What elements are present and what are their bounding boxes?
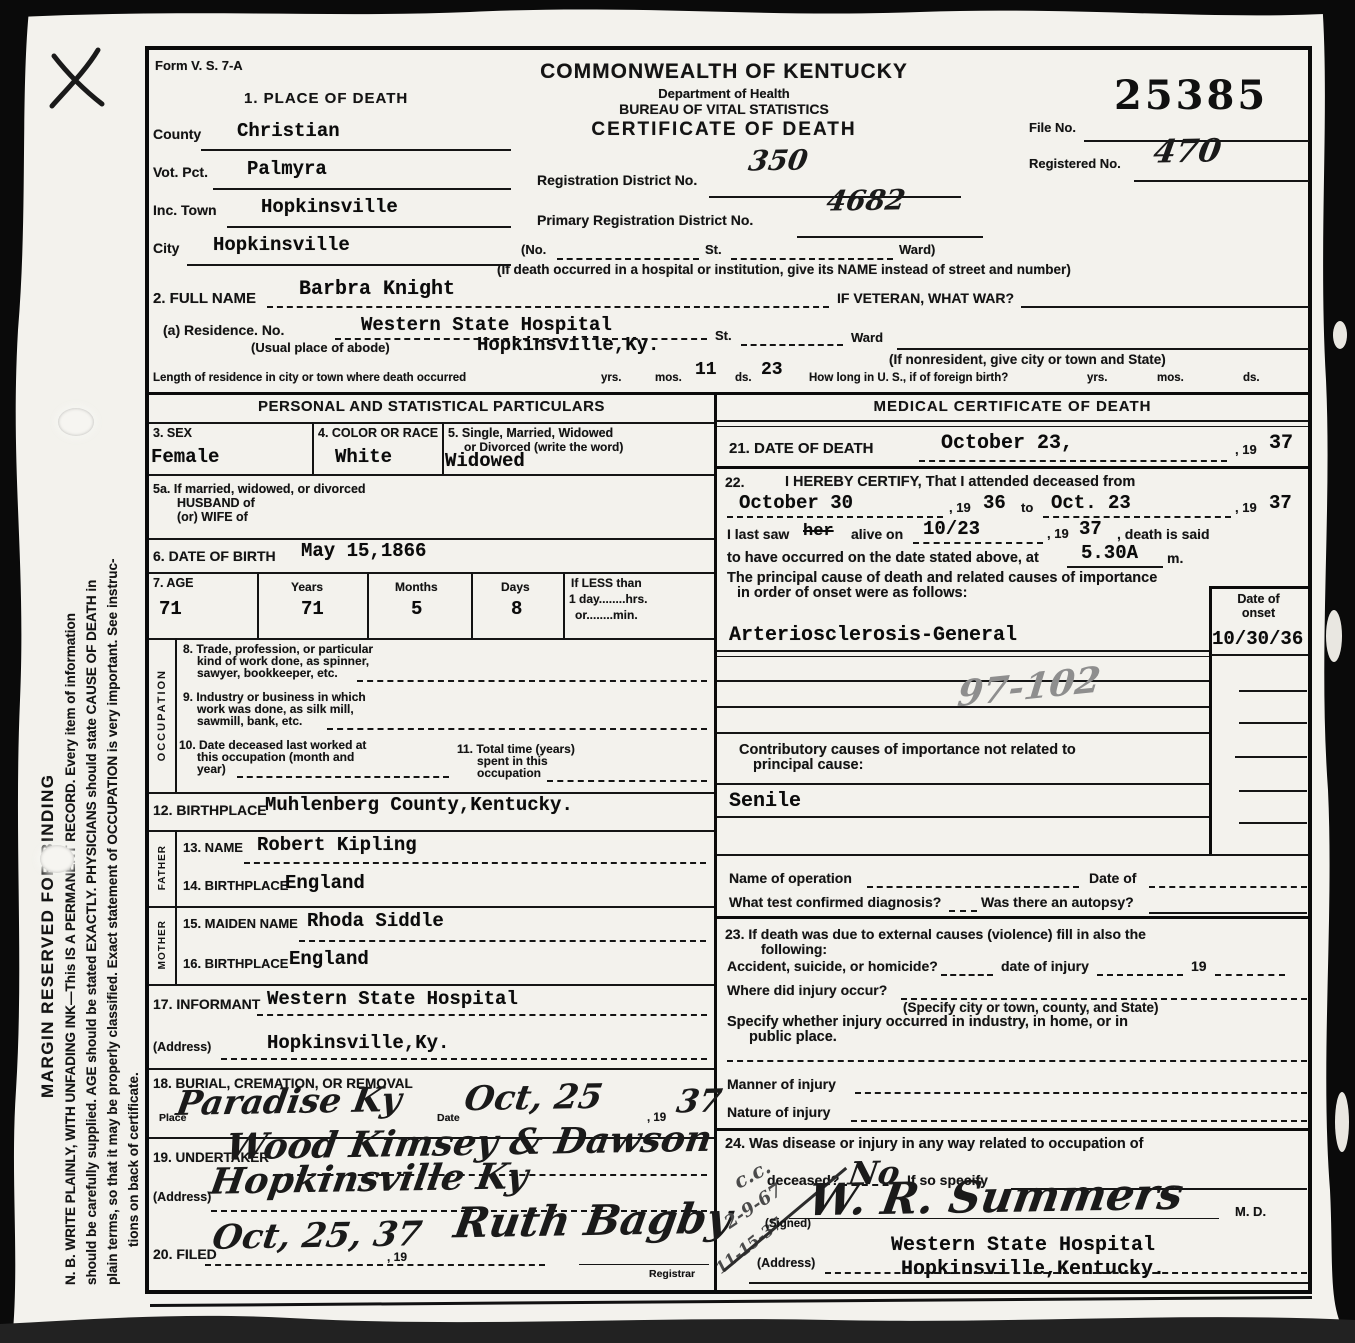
from-year-value: 36 [983,492,1006,514]
bureau-subtitle: BUREAU OF VITAL STATISTICS [474,101,974,117]
yrs-label: yrs. [601,372,621,384]
registered-no-value: 470 [1151,131,1224,170]
full-name-value: Barbra Knight [299,278,455,301]
rule [727,1060,1307,1062]
rule [1239,690,1307,692]
rule [327,728,707,730]
rule [335,338,707,340]
voting-precinct-value: Palmyra [247,158,327,180]
informant-value: Western State Hospital [267,988,518,1010]
rule [557,258,699,260]
department-subtitle: Department of Health [474,86,974,101]
rule [227,226,511,228]
rule [1043,516,1231,518]
months-value: 5 [411,598,422,620]
inc-town-label: Inc. Town [153,202,217,218]
rule [357,680,707,682]
rule [1097,974,1183,976]
rule [1209,586,1308,589]
father-name-label: 13. NAME [183,840,243,855]
registrar-signature: Ruth Bagby [451,1194,735,1248]
rule [149,830,714,832]
external-causes-label1: 23. If death was due to external causes … [725,926,1146,942]
us-length-label: How long in U. S., if of foreign birth? [809,372,1008,384]
husband-wife-label1: 5a. If married, widowed, or divorced [153,482,366,496]
informant-address-value: Hopkinsville,Ky. [267,1032,449,1054]
rule [149,1068,714,1070]
rule [201,149,511,151]
registered-no-label: Registered No. [1029,156,1121,171]
attended-to-value: Oct. 23 [1051,492,1131,514]
rule [1134,180,1309,182]
scanned-death-certificate: MARGIN RESERVED FOR BINDING N. B. WRITE … [0,0,1355,1343]
contributory-label2: principal cause: [753,757,863,773]
manner-of-injury-label: Manner of injury [727,1076,836,1092]
physician-address-line1: Western State Hospital [891,1234,1155,1257]
certify-number: 22. [725,474,744,490]
nonresident-note: (If nonresident, give city or town and S… [889,352,1166,367]
rule [941,974,993,976]
margin-instructions: MARGIN RESERVED FOR BINDING N. B. WRITE … [35,133,145,1293]
rule [749,1282,1308,1284]
rule [149,906,714,908]
to-word: to [1021,500,1033,515]
race-label: 4. COLOR OR RACE [318,426,438,440]
punch-hole [40,845,74,873]
rule [1235,756,1307,758]
last-saw-her: her [803,522,834,541]
burial-place-value: Paradise Ky [173,1080,404,1124]
margin-note-line: should be carefully supplied. AGE should… [81,133,102,1293]
primary-district-value: 4682 [824,183,907,217]
registration-district-label: Registration District No. [537,172,697,188]
injury-date-label: date of injury [1001,958,1089,974]
rule [213,188,511,190]
field9-label3: sawmill, bank, etc. [197,714,302,728]
mother-strip-label: MOTHER [157,920,168,969]
sex-label: 3. SEX [153,426,192,440]
rule [149,392,1308,395]
residence-ward-label: Ward [851,330,883,345]
rule [244,862,706,864]
marital-value: Widowed [445,450,525,472]
certificate-stamp-number: 25385 [1114,72,1268,119]
days-label: Days [501,580,530,594]
rule [717,732,1209,734]
cell-divider [367,572,369,638]
field8-label3: sawyer, bookkeeper, etc. [197,666,338,680]
undertaker-address-value: Hopkinsville Ky [207,1155,531,1203]
age-label: 7. AGE [153,576,194,590]
mos-value: 11 [695,360,717,380]
days-value: 8 [511,598,522,620]
personal-section-title: PERSONAL AND STATISTICAL PARTICULARS [149,398,714,415]
margin-note-line: tions on back of certificate. [123,133,144,1293]
where-injury-label: Where did injury occur? [727,982,887,998]
physician-address-label: (Address) [757,1256,815,1270]
mother-maiden-label: 15. MAIDEN NAME [183,916,298,931]
birthplace-label: 12. BIRTHPLACE [153,802,267,818]
months-label: Months [395,580,438,594]
hospital-note: (If death occurred in a hospital or inst… [497,262,1071,277]
last-saw-year: 37 [1079,518,1102,540]
md-label: M. D. [1235,1204,1266,1219]
father-strip-label: FATHER [157,845,168,890]
rule [1067,566,1163,568]
full-name-label: 2. FULL NAME [153,290,256,307]
occupation-strip-label: OCCUPATION [156,669,168,761]
cell-divider [442,422,444,474]
death-time-value: 5.30A [1081,542,1138,564]
margin-note-line: plain terms, so that it may be properly … [102,133,123,1293]
rule [789,1218,1219,1219]
rule [1021,306,1309,308]
torn-edge-left [0,0,34,1343]
rule [855,1092,1307,1094]
margin-binding-text: MARGIN RESERVED FOR BINDING [35,133,60,1293]
date-of-death-year: 37 [1269,432,1293,455]
primary-district-label: Primary Registration District No. [537,212,753,228]
residence-value: Western State Hospital [361,314,612,336]
rule [1149,912,1307,914]
attended-from-value: October 30 [739,492,853,514]
title-block: COMMONWEALTH OF KENTUCKY Department of H… [474,60,974,141]
field11-label3: occupation [477,766,541,780]
birthplace-value: Muhlenberg County,Kentucky. [265,794,573,816]
specify-city-note: (Specify city or town, county, and State… [903,1000,1159,1015]
mother-birthplace-label: 16. BIRTHPLACE [183,956,288,971]
burial-date-value: Oct, 25 [462,1077,606,1119]
date-of-death-year-prefix: , 19 [1235,442,1257,457]
occurred-line: to have occurred on the date stated abov… [727,550,1039,566]
rule [851,1120,1307,1122]
father-name-value: Robert Kipling [257,834,417,856]
rule [149,638,714,640]
field10-label3: year) [197,762,226,776]
race-value: White [335,446,392,468]
years-value: 71 [301,598,324,620]
mos2-label: mos. [1157,372,1184,384]
punch-hole [58,408,94,436]
last-saw-text3: , death is said [1117,526,1210,542]
rule [1239,790,1307,792]
dob-label: 6. DATE OF BIRTH [153,548,276,564]
inc-town-value: Hopkinsville [261,196,398,218]
rule [149,422,714,424]
registration-district-value: 350 [746,143,810,177]
rule [187,264,511,266]
onset-header2: onset [1209,606,1308,620]
if-less-label2: 1 day........hrs. [569,592,647,606]
ds-value: 23 [761,360,783,380]
rule [717,650,1209,652]
ward-label: Ward) [899,242,935,257]
rule [727,516,943,518]
filed-label: 20. FILED [153,1246,217,1262]
rule [825,1272,1307,1274]
rule [205,1264,545,1266]
rule [579,1264,709,1265]
last-saw-date: 10/23 [923,518,980,540]
external-causes-label2: following: [761,941,827,957]
cell-divider [563,572,565,638]
operation-label: Name of operation [729,870,852,886]
sex-value: Female [151,446,219,468]
autopsy-label: Was there an autopsy? [981,894,1134,910]
date-of-death-label: 21. DATE OF DEATH [729,440,873,457]
last-saw-text1: I last saw [727,526,789,542]
principal-cause-text1: The principal cause of death and related… [727,570,1157,586]
rule [717,783,1209,785]
informant-label: 17. INFORMANT [153,996,260,1012]
rule [717,426,1308,427]
torn-edge-right [1316,0,1355,1343]
rule [299,940,706,942]
veteran-label: IF VETERAN, WHAT WAR? [837,290,1014,306]
margin-note-line: N. B. WRITE PLAINLY, WITH UNFADING INK—T… [60,133,81,1293]
ds-label: ds. [735,372,752,384]
mother-maiden-value: Rhoda Siddle [307,910,444,932]
occupation-side-strip: OCCUPATION [149,638,177,792]
street-label: St. [705,242,722,257]
onset-date-value: 10/30/36 [1212,628,1303,650]
years-label: Years [291,580,323,594]
husband-wife-label3: (or) WIFE of [177,510,248,524]
rule [867,886,1079,888]
rule [1239,722,1307,724]
ds2-label: ds. [1243,372,1260,384]
form-number: Form V. S. 7-A [155,58,243,73]
test-label: What test confirmed diagnosis? [729,894,941,910]
burial-year-value: 37 [674,1082,725,1121]
yrs2-label: yrs. [1087,372,1107,384]
rule [257,1014,707,1016]
rule [717,916,1308,919]
rule [717,816,1209,818]
residence-label: (a) Residence. No. [163,322,284,338]
certify-text: I HEREBY CERTIFY, That I attended deceas… [785,474,1135,490]
county-label: County [153,126,201,142]
certificate-form: Form V. S. 7-A 1. PLACE OF DEATH County … [145,46,1312,1294]
rule [797,236,983,238]
rule [913,542,1043,544]
city-value: Hopkinsville [213,234,350,256]
dob-value: May 15,1866 [301,540,426,562]
rule [717,1128,1308,1131]
father-birthplace-label: 14. BIRTHPLACE [183,878,288,893]
abode-label: (Usual place of abode) [251,340,390,355]
rule [717,420,1308,422]
registrar-label: Registrar [649,1268,695,1280]
if-less-label1: If LESS than [571,576,642,590]
column-divider [714,392,717,1290]
if-less-label3: or........min. [575,608,638,622]
rule [919,460,1227,462]
age-value: 71 [159,598,182,620]
place-of-death-heading: 1. PLACE OF DEATH [244,90,408,107]
residence-st-label: St. [715,328,732,343]
rule [149,474,714,476]
date-of-death-value: October 23, [941,432,1073,455]
filed-year-prefix: , 19 [387,1250,407,1264]
principal-cause-text2: in order of onset were as follows: [737,585,967,601]
specify-injury-label1: Specify whether injury occurred in indus… [727,1014,1128,1030]
onset-box-border-left [1209,586,1212,854]
to-year-prefix: , 19 [1235,500,1257,515]
commonwealth-title: COMMONWEALTH OF KENTUCKY [474,60,974,84]
rule [1211,654,1308,656]
contributory-label1: Contributory causes of importance not re… [739,742,1076,758]
cell-divider [471,572,473,638]
mos-label: mos. [655,372,682,384]
rule [237,776,449,778]
county-value: Christian [237,120,340,142]
father-birthplace-value: England [285,872,365,894]
rule [1215,974,1285,976]
rule [149,572,714,574]
length-residence-label: Length of residence in city or town wher… [153,372,466,384]
rule [717,466,1308,469]
certificate-title: CERTIFICATE OF DEATH [474,119,974,141]
rule [1239,822,1307,824]
accident-label: Accident, suicide, or homicide? [727,958,938,974]
rule [267,306,829,308]
occupation-question-label: 24. Was disease or injury in any way rel… [725,1136,1143,1152]
husband-wife-label2: HUSBAND of [177,496,255,510]
rule [221,1058,707,1060]
city-label: City [153,240,179,256]
voting-precinct-label: Vot. Pct. [153,164,208,180]
last-saw-year-prefix: , 19 [1047,526,1069,541]
contributory-value: Senile [729,790,801,813]
rule [717,656,1209,657]
operation-date-label: Date of [1089,870,1136,886]
father-side-strip: FATHER [149,830,177,906]
rule [897,348,1309,350]
rule [731,258,893,260]
to-year-value: 37 [1269,492,1292,514]
rule [149,984,714,986]
cell-divider [257,572,259,638]
marital-label: 5. Single, Married, Widowed [448,426,613,440]
street-no-label: (No. [521,242,546,257]
undertaker-address-label: (Address) [153,1190,211,1204]
last-saw-text2: alive on [851,526,903,542]
check-mark-icon [44,46,110,110]
nature-of-injury-label: Nature of injury [727,1104,830,1120]
rule [741,344,843,346]
cause-of-death-value: Arteriosclerosis-General [729,624,1017,647]
informant-address-label: (Address) [153,1040,211,1054]
rule [149,538,714,540]
rule [717,854,1308,856]
physician-address-line2: Hopkinsville,Kentucky. [901,1258,1165,1281]
injury-19-label: 19 [1191,958,1207,974]
mother-side-strip: MOTHER [149,906,177,984]
rule [949,910,977,912]
mother-birthplace-value: England [289,948,369,970]
onset-header1: Date of [1209,592,1308,606]
time-m-suffix: m. [1167,550,1183,566]
medical-section-title: MEDICAL CERTIFICATE OF DEATH [717,398,1308,415]
torn-edge-top [0,0,1355,24]
from-year-prefix: , 19 [949,500,971,515]
file-no-label: File No. [1029,120,1076,135]
cell-divider [312,422,314,474]
specify-injury-label2: public place. [749,1029,837,1045]
rule [547,780,707,782]
rule [1149,886,1307,888]
